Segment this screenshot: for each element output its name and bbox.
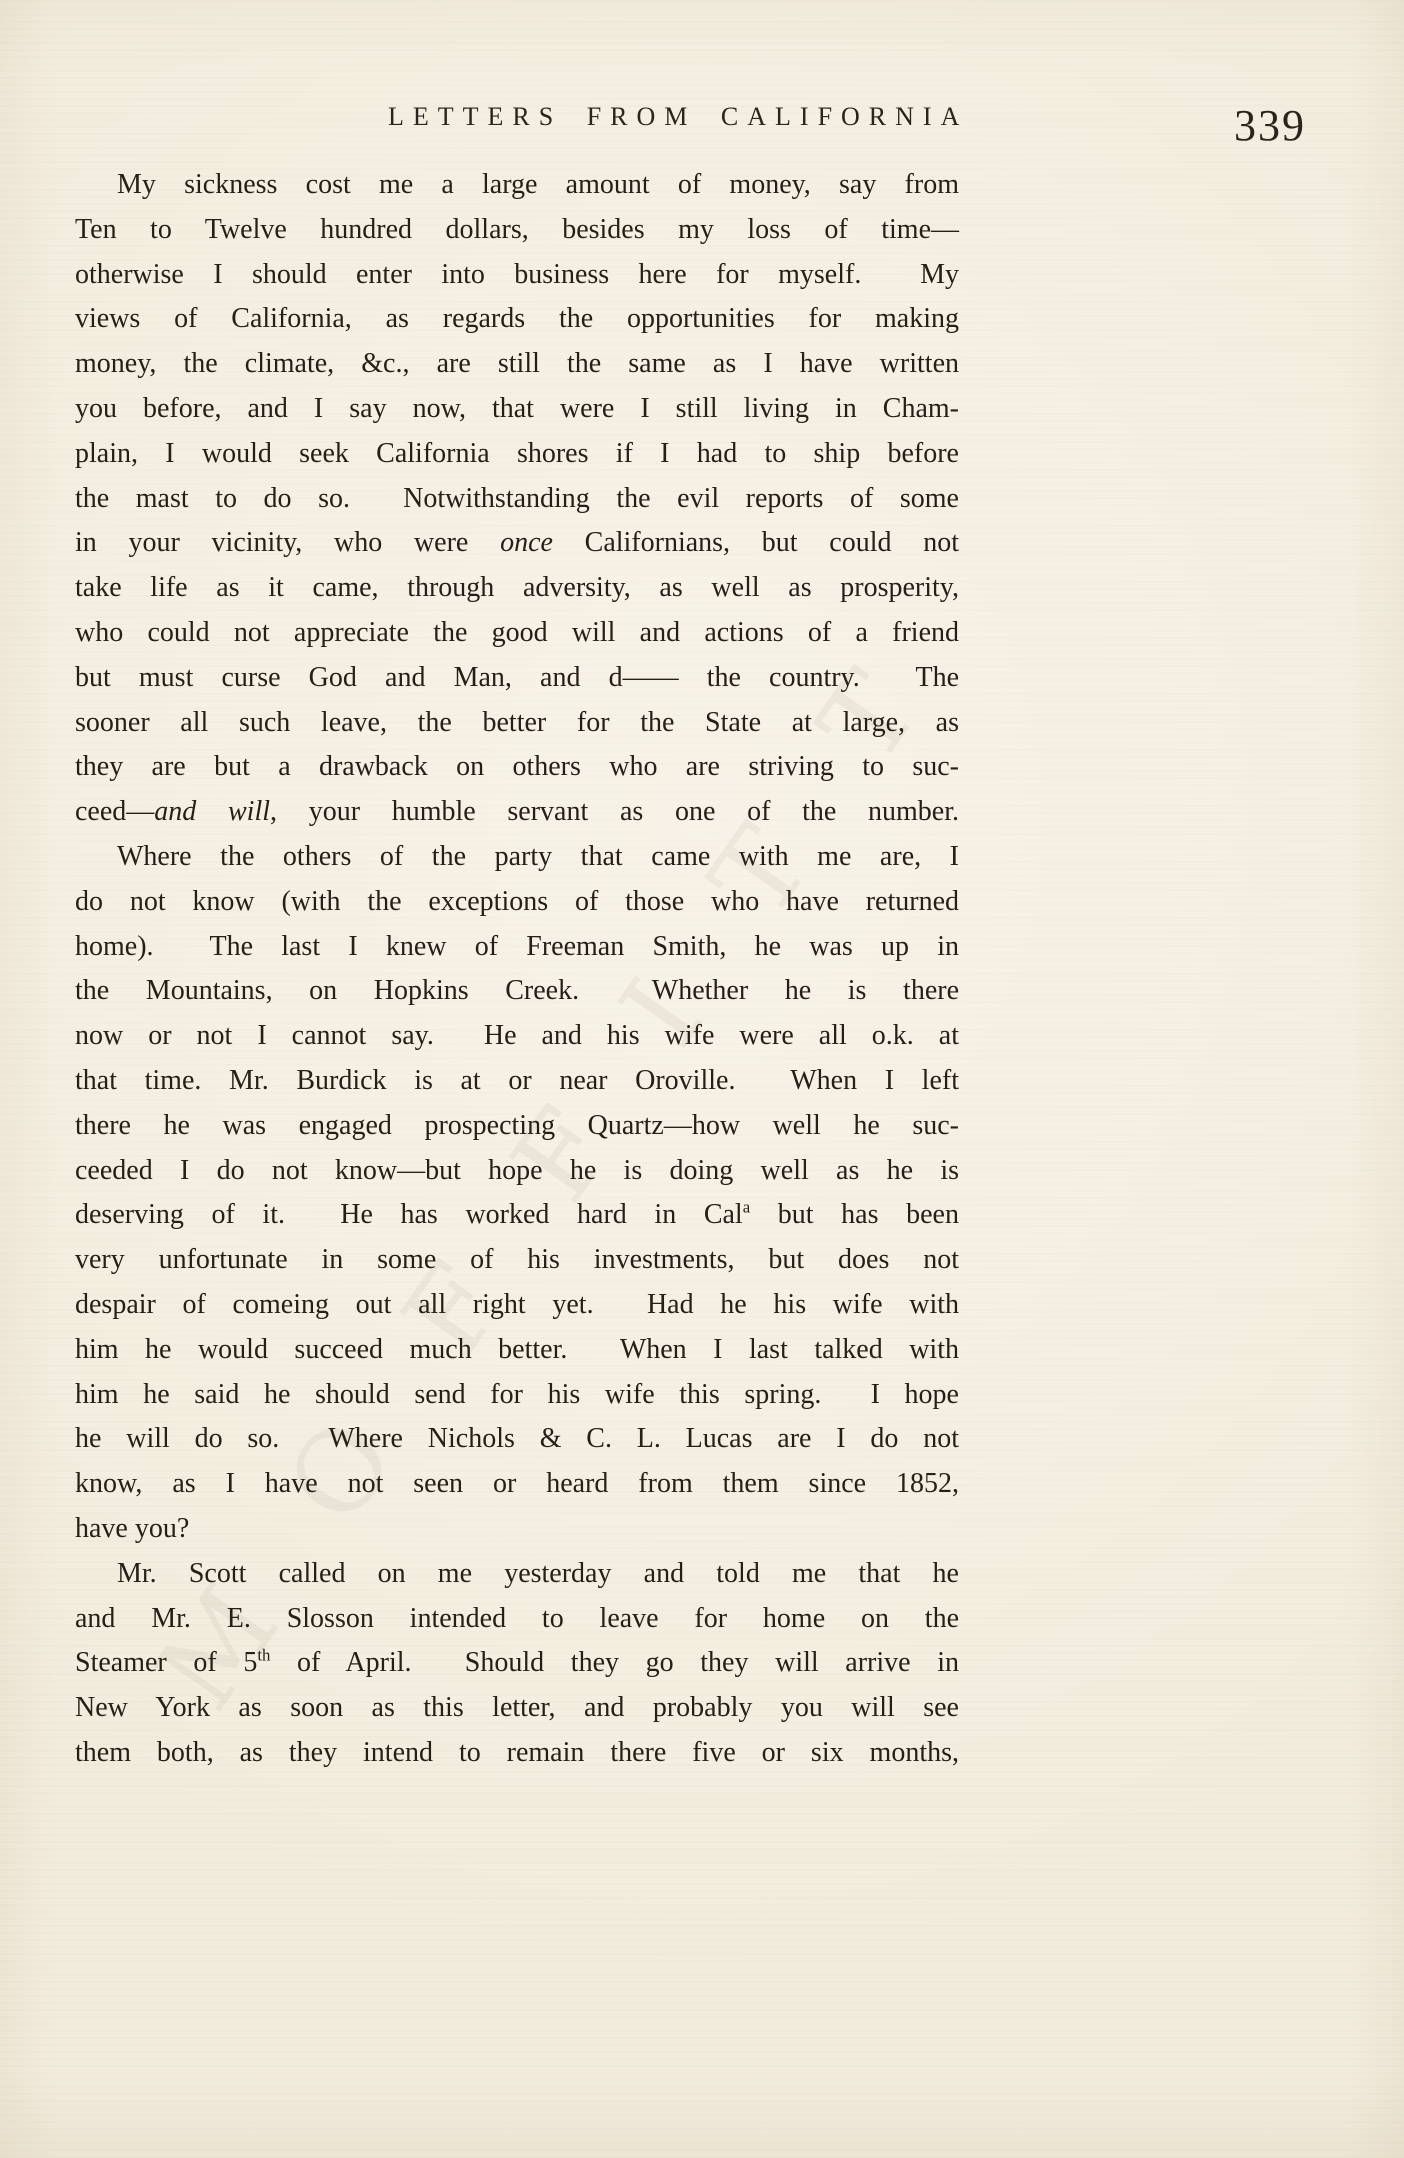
- text-line: and Mr. E. Slosson intended to leave for…: [75, 1597, 959, 1642]
- text-line: that time. Mr. Burdick is at or near Oro…: [75, 1059, 959, 1104]
- text-line: sooner all such leave, the better for th…: [75, 701, 959, 746]
- text-line: in your vicinity, who were once Californ…: [75, 521, 959, 566]
- text-line: know, as I have not seen or heard from t…: [75, 1462, 959, 1507]
- text-line: ceed—and will, your humble servant as on…: [75, 790, 959, 835]
- book-page: MOFFITT LETTERS FROM CALIFORNIA 339 My s…: [0, 0, 1404, 2158]
- text-line: but must curse God and Man, and d—— the …: [75, 656, 959, 701]
- letter-body-text: My sickness cost me a large amount of mo…: [75, 163, 959, 1776]
- text-line: the mast to do so. Notwithstanding the e…: [75, 477, 959, 522]
- text-line: take life as it came, through adversity,…: [75, 566, 959, 611]
- text-line: ceeded I do not know—but hope he is doin…: [75, 1149, 959, 1194]
- page-number: 339: [1234, 100, 1306, 151]
- text-line: Mr. Scott called on me yesterday and tol…: [75, 1552, 959, 1597]
- text-line: very unfortunate in some of his investme…: [75, 1238, 959, 1283]
- text-line: New York as soon as this letter, and pro…: [75, 1686, 959, 1731]
- text-line: Where the others of the party that came …: [75, 835, 959, 880]
- text-line: despair of comeing out all right yet. Ha…: [75, 1283, 959, 1328]
- text-line: him he said he should send for his wife …: [75, 1373, 959, 1418]
- text-line: them both, as they intend to remain ther…: [75, 1731, 959, 1776]
- text-line: views of California, as regards the oppo…: [75, 297, 959, 342]
- text-line: My sickness cost me a large amount of mo…: [75, 163, 959, 208]
- text-line: do not know (with the exceptions of thos…: [75, 880, 959, 925]
- running-head-title: LETTERS FROM CALIFORNIA: [388, 102, 968, 132]
- text-line: Ten to Twelve hundred dollars, besides m…: [75, 208, 959, 253]
- text-line: there he was engaged prospecting Quartz—…: [75, 1104, 959, 1149]
- text-line: home). The last I knew of Freeman Smith,…: [75, 925, 959, 970]
- text-line: who could not appreciate the good will a…: [75, 611, 959, 656]
- text-line: him he would succeed much better. When I…: [75, 1328, 959, 1373]
- text-line: they are but a drawback on others who ar…: [75, 745, 959, 790]
- text-line: otherwise I should enter into business h…: [75, 253, 959, 298]
- text-line: plain, I would seek California shores if…: [75, 432, 959, 477]
- text-line: deserving of it. He has worked hard in C…: [75, 1193, 959, 1238]
- text-line: money, the climate, &c., are still the s…: [75, 342, 959, 387]
- text-line: he will do so. Where Nichols & C. L. Luc…: [75, 1417, 959, 1462]
- text-line: Steamer of 5th of April. Should they go …: [75, 1641, 959, 1686]
- text-line: you before, and I say now, that were I s…: [75, 387, 959, 432]
- text-line: now or not I cannot say. He and his wife…: [75, 1014, 959, 1059]
- text-line: have you?: [75, 1507, 959, 1552]
- text-line: the Mountains, on Hopkins Creek. Whether…: [75, 969, 959, 1014]
